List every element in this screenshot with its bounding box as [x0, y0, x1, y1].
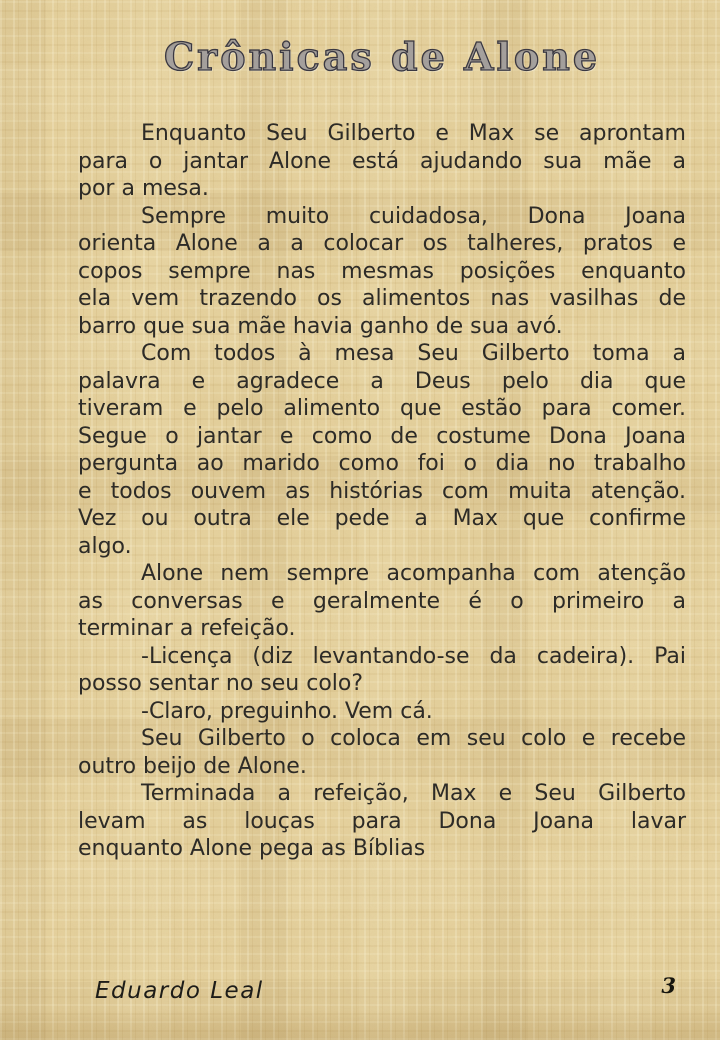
- text-line: Segue o jantar e como de costume Dona Jo…: [78, 423, 686, 451]
- text-line: ela vem trazendo os alimentos nas vasilh…: [78, 285, 686, 313]
- text-line: enquanto Alone pega as Bíblias: [78, 835, 686, 863]
- text-line: palavra e agradece a Deus pelo dia que: [78, 368, 686, 396]
- page-title: Crônicas de Alone: [78, 34, 686, 80]
- text-line: levam as louças para Dona Joana lavar: [78, 808, 686, 836]
- page-number: 3: [661, 973, 676, 998]
- text-line: barro que sua mãe havia ganho de sua avó…: [78, 313, 686, 341]
- text-line: por a mesa.: [78, 175, 686, 203]
- page-bottom-shade: [0, 1010, 720, 1040]
- text-line: terminar a refeição.: [78, 615, 686, 643]
- text-line: Alone nem sempre acompanha com atenção: [78, 560, 686, 588]
- page-content: Crônicas de Alone Enquanto Seu Gilberto …: [0, 34, 720, 863]
- text-line: Vez ou outra ele pede a Max que confirme: [78, 505, 686, 533]
- storybook-page: Crônicas de Alone Enquanto Seu Gilberto …: [0, 0, 720, 1040]
- story-text: Enquanto Seu Gilberto e Max se aprontamp…: [78, 120, 686, 863]
- text-line: orienta Alone a a colocar os talheres, p…: [78, 230, 686, 258]
- text-line: para o jantar Alone está ajudando sua mã…: [78, 148, 686, 176]
- text-line: -Licença (diz levantando-se da cadeira).…: [78, 643, 686, 671]
- text-line: tiveram e pelo alimento que estão para c…: [78, 395, 686, 423]
- text-line: e todos ouvem as histórias com muita ate…: [78, 478, 686, 506]
- text-line: Terminada a refeição, Max e Seu Gilberto: [78, 780, 686, 808]
- text-line: copos sempre nas mesmas posições enquant…: [78, 258, 686, 286]
- text-line: -Claro, preguinho. Vem cá.: [78, 698, 686, 726]
- text-line: Seu Gilberto o coloca em seu colo e rece…: [78, 725, 686, 753]
- text-line: pergunta ao marido como foi o dia no tra…: [78, 450, 686, 478]
- text-line: Enquanto Seu Gilberto e Max se aprontam: [78, 120, 686, 148]
- text-line: Com todos à mesa Seu Gilberto toma a: [78, 340, 686, 368]
- text-line: Sempre muito cuidadosa, Dona Joana: [78, 203, 686, 231]
- author-signature: Eduardo Leal: [95, 978, 264, 1004]
- text-line: outro beijo de Alone.: [78, 753, 686, 781]
- text-line: posso sentar no seu colo?: [78, 670, 686, 698]
- text-line: algo.: [78, 533, 686, 561]
- text-line: as conversas e geralmente é o primeiro a: [78, 588, 686, 616]
